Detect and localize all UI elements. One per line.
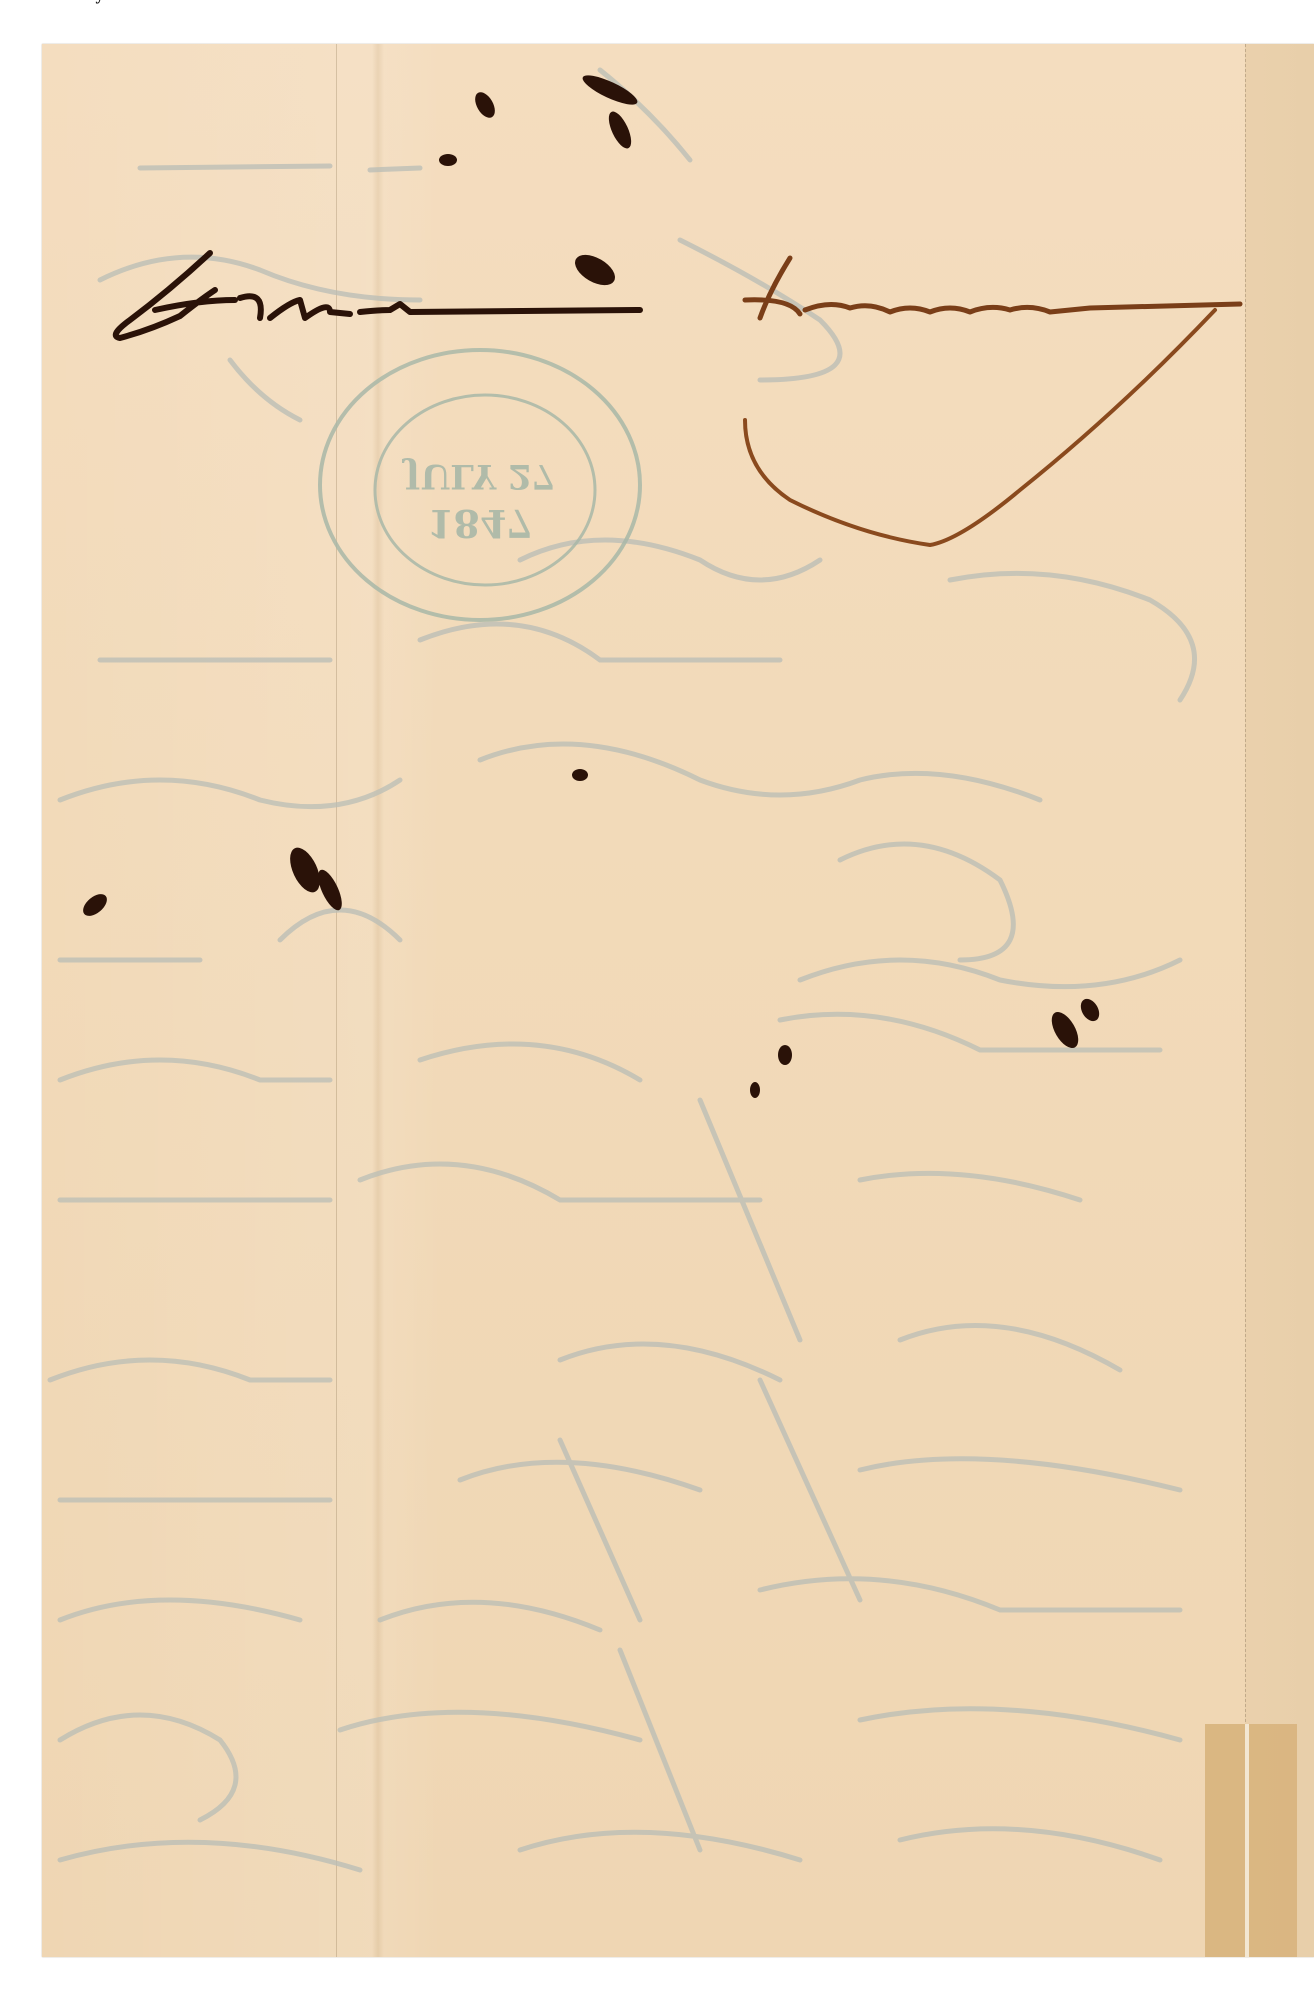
- archival-tape-strip: [1205, 1724, 1247, 1957]
- tape-seam: [1245, 1724, 1249, 1957]
- signature-text: Levin Money: [0, 0, 104, 4]
- archival-tape-strip: [1249, 1724, 1297, 1957]
- signature: Levin Money: [0, 0, 1314, 2000]
